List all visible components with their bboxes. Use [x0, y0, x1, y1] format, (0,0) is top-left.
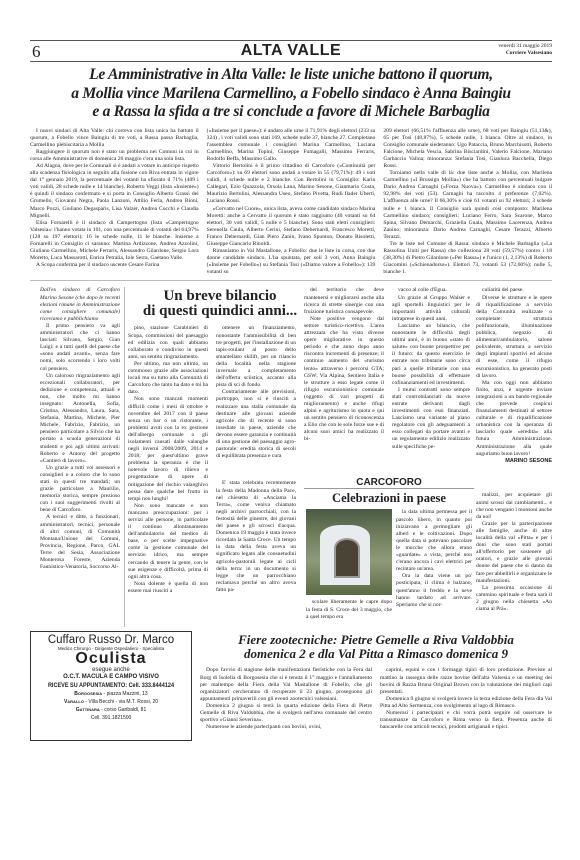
chapel-window: [334, 538, 360, 578]
date-text: venerdì 31 maggio 2019: [498, 43, 552, 50]
fiere-col-1: Dopo l'avvio di stagione delle manifesta…: [200, 667, 372, 731]
page-header: 6 ALTA VALLE venerdì 31 maggio 2019 Corr…: [30, 40, 552, 62]
carcoforo-photo-caption: scolare liberamente le capre dopo la fes…: [306, 599, 392, 620]
main-headline: Le Amministrative in Alta Valle: le list…: [30, 66, 552, 122]
letter-title: Un breve bilancio di questi quindici ann…: [130, 289, 310, 319]
carcoforo-col-2: la data ultima permessa per il pascolo l…: [396, 509, 472, 608]
ad-doctor-name: Cuffaro Russo Dr. Marco: [31, 634, 191, 646]
bottom-section: Cuffaro Russo Dr. Marco Medico Chirurgo …: [30, 631, 552, 751]
section-title: ALTA VALLE: [30, 41, 552, 61]
letter-col-5: vacco al colle d'Egua. Un grazie al Grup…: [392, 287, 470, 450]
letter-col-3: ottenere un finanziamento, nonostante l'…: [216, 325, 296, 460]
carcoforo-col-1: E' stata celebrata recentemente la festa…: [216, 480, 296, 594]
carcoforo-kicker: CARCOFORO: [304, 477, 474, 489]
ad-specialty: Oculista: [31, 651, 191, 667]
ad-services: O.C.T. MACULA E CAMPO VISIVO: [31, 674, 191, 680]
ad-location-1: Borgosesia - piazza Mazzini, 13: [31, 691, 191, 697]
main-article-col-3: 209 elettori (66,51% l'affluenza alle ur…: [383, 128, 552, 277]
letter-signature: MARINO SESONE: [476, 458, 552, 465]
main-article-body: I nuovi sindaci di Alta Valle: chi corre…: [30, 128, 552, 277]
oculist-advertisement: Cuffaro Russo Dr. Marco Medico Chirurgo …: [30, 631, 192, 741]
chapel-photo: [306, 509, 392, 595]
letter-section: Dall'ex sindaco di Carcoforo Marino Seso…: [30, 287, 552, 627]
ad-phone-2: Cell. 391.1821500: [31, 715, 191, 721]
publication-name: Corriere Valsesiano: [498, 50, 552, 57]
issue-date: venerdì 31 maggio 2019 Corriere Valsesia…: [498, 43, 552, 57]
ad-appointment: RICEVE SU APPUNTAMENTO: Cell. 333.844412…: [43, 682, 179, 689]
ad-location-3: Gattinara - corso Garibaldi, 81: [31, 707, 191, 713]
carcoforo-title: Celebrazioni in paese: [304, 491, 474, 506]
letter-col-4: del territorio che deve mantenersi e mig…: [304, 287, 384, 443]
newspaper-page: 6 ALTA VALLE venerdì 31 maggio 2019 Corr…: [30, 40, 552, 751]
letter-col-2: pino, stazione Carabinieri di Scopa, com…: [128, 325, 208, 595]
ad-location-2: Varallo - Villa Becchi - via M.T. Rossi,…: [31, 699, 191, 705]
fiere-col-2: caprini, equini e con i formaggi tipici …: [380, 667, 552, 731]
divider: [30, 280, 552, 281]
main-article-col-2: («Insieme per il paese»): è andato alle …: [207, 128, 376, 277]
letter-col-1: Dall'ex sindaco di Carcoforo Marino Seso…: [40, 287, 120, 571]
letter-col-6: culiarità del paese. Diverse le struttur…: [476, 287, 552, 464]
fiere-headline: Fiere zootecniche: Pietre Gemelle a Riva…: [200, 633, 552, 661]
ad-also: esegue anche: [31, 667, 191, 673]
carcoforo-col-3: malizzi, per acquietare gli animi scossi…: [476, 492, 552, 613]
main-article-col-1: I nuovi sindaci di Alta Valle: chi corre…: [30, 128, 199, 277]
column-divider: [124, 287, 125, 627]
chapel-shape: [320, 525, 370, 585]
